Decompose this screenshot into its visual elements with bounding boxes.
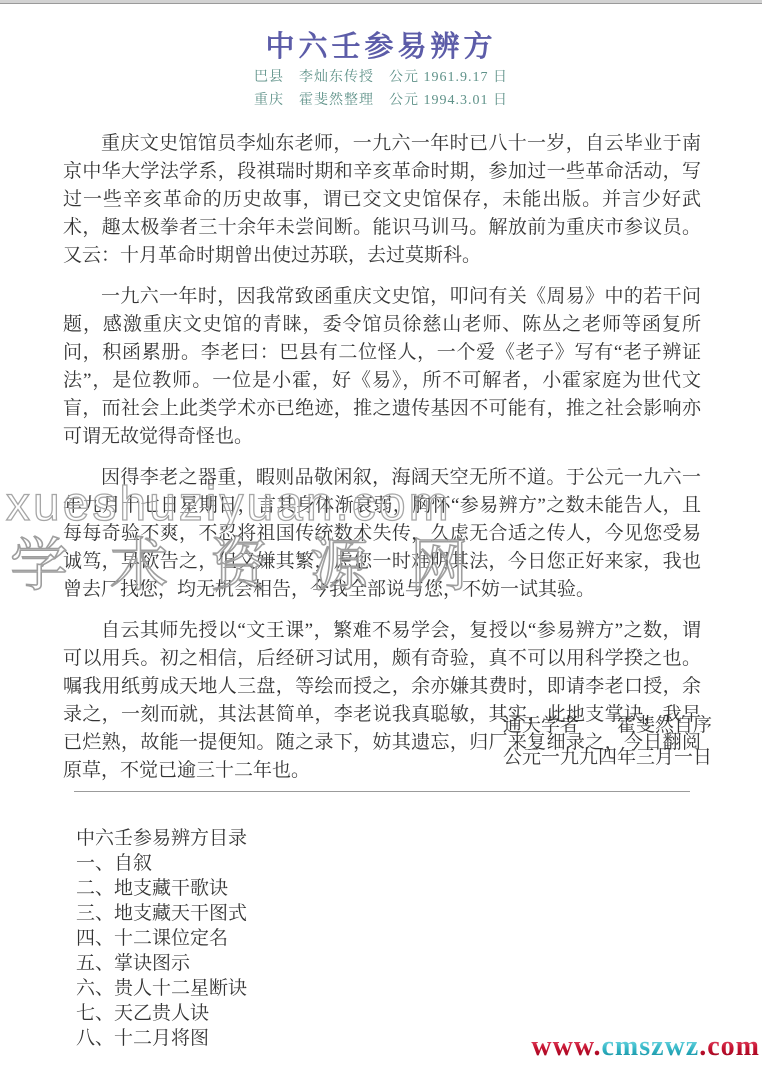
preface-body: 重庆文史馆馆员李灿东老师，一九六一年时已八十一岁，自云毕业于南京中华大学法学系，… [63, 130, 701, 798]
attribution-line-transmitter: 巴县 李灿东传授 公元 1961.9.17 日 [0, 66, 762, 89]
site-url-tld: .com [699, 1031, 760, 1062]
site-url-www: www. [531, 1031, 601, 1062]
toc-item: 八、十二月将图 [76, 1026, 247, 1051]
attribution-line-compiler: 重庆 霍斐然整理 公元 1994.3.01 日 [0, 89, 762, 112]
toc-item: 五、掌诀图示 [76, 951, 247, 976]
toc-item: 四、十二课位定名 [76, 926, 247, 951]
signature-block: 通天学者 霍斐然自序 公元一九九四年三月一日 [503, 710, 712, 774]
paragraph: 一九六一年时，因我常致函重庆文史馆，叩问有关《周易》中的若干问题，感激重庆文史馆… [63, 283, 701, 451]
toc-item: 六、贵人十二星断诀 [76, 976, 247, 1001]
toc-item: 一、自叙 [76, 851, 247, 876]
signature-date: 公元一九九四年三月一日 [503, 742, 712, 774]
attribution-block: 巴县 李灿东传授 公元 1961.9.17 日 重庆 霍斐然整理 公元 1994… [0, 66, 762, 112]
signature-author: 通天学者 霍斐然自序 [503, 710, 712, 742]
scan-edge-strip [0, 0, 762, 4]
site-url-name: cmszwz [602, 1031, 700, 1062]
toc-item: 二、地支藏干歌诀 [76, 876, 247, 901]
toc-item: 七、天乙贵人诀 [76, 1001, 247, 1026]
site-url-logo[interactable]: www.cmszwz.com [531, 1031, 760, 1063]
table-of-contents: 中六壬参易辨方目录 一、自叙 二、地支藏干歌诀 三、地支藏天干图式 四、十二课位… [76, 826, 247, 1051]
page-title: 中六壬参易辨方 [0, 24, 762, 65]
section-divider [74, 791, 690, 792]
toc-title: 中六壬参易辨方目录 [76, 826, 247, 851]
paragraph: 因得李老之器重，暇则品敬闲叙，海阔天空无所不道。于公元一九六一年九月十七日星期日… [63, 464, 701, 604]
paragraph: 重庆文史馆馆员李灿东老师，一九六一年时已八十一岁，自云毕业于南京中华大学法学系，… [63, 130, 701, 270]
toc-item: 三、地支藏天干图式 [76, 901, 247, 926]
